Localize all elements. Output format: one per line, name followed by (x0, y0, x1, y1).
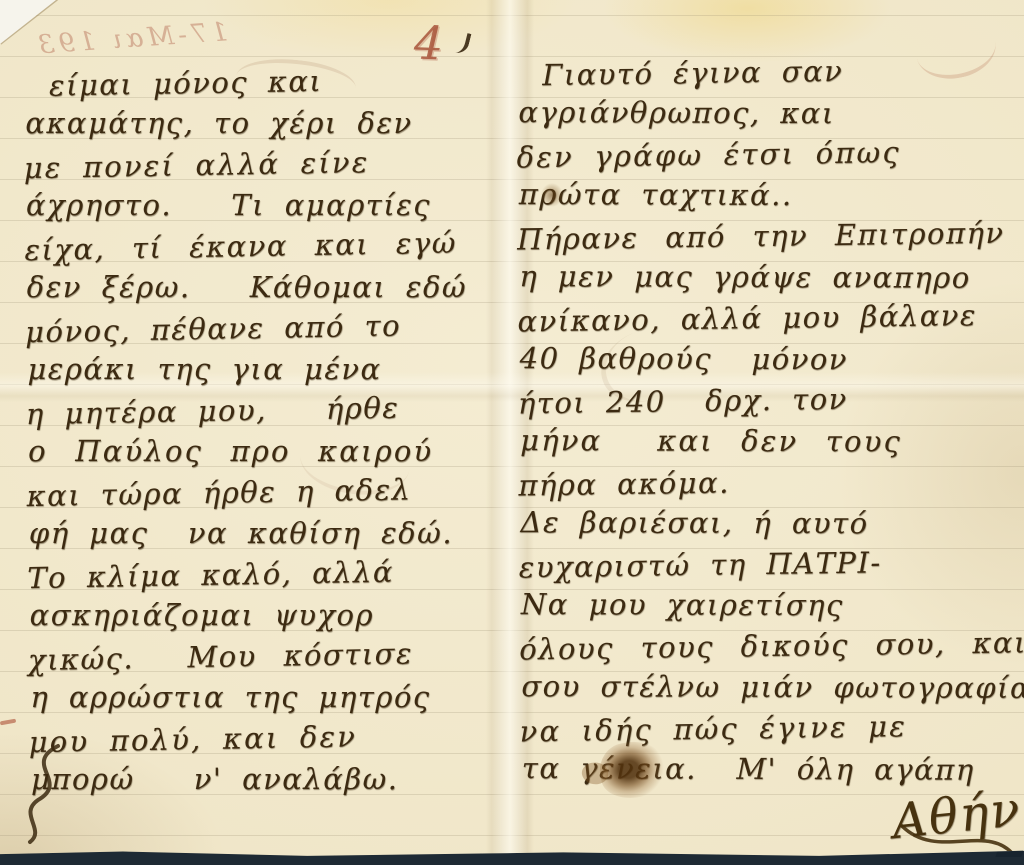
handwritten-line: ήτοι 240 δρχ. τον (518, 376, 1021, 424)
handwritten-line: πήρα ακόμα. (518, 458, 1021, 506)
handwritten-line: μεράκι της για μένα (27, 349, 497, 390)
handwritten-line: και τώρα ήρθε η αδελ (26, 468, 497, 517)
handwritten-line: άχρηστο. Τι αμαρτίες (26, 185, 496, 226)
handwritten-line: 40 βαθρούς μόνον (520, 338, 1022, 381)
handwritten-line: μπορώ ν' αναλάβω. (31, 759, 501, 800)
handwritten-line: όλους τους δικούς σου, και (519, 622, 1022, 670)
handwritten-line: μήνα και δεν τους (520, 420, 1022, 463)
handwritten-line: με πονεί αλλά είνε (23, 140, 494, 189)
handwritten-line: ασκηριάζομαι ψυχορ (30, 595, 500, 636)
handwritten-line: ευχαριστώ τη ΠΑΤΡΙ- (518, 540, 1021, 588)
handwritten-line: δεν γράφω έτσι όπως (516, 131, 1019, 179)
handwritten-line: η μητέρα μου, ήρθε (25, 386, 496, 435)
handwritten-line: χικώς. Μου κόστισε (28, 632, 499, 681)
page-left-handwriting: είμαι μόνος καιακαμάτης, το χέρι δενμε π… (23, 60, 499, 802)
handwritten-line: Δε βαριέσαι, ή αυτό (520, 502, 1022, 545)
handwritten-line: Να μου χαιρετίσης (521, 584, 1023, 627)
handwritten-line: μόνος, πέθανε από το (25, 304, 496, 353)
handwritten-line: η μεν μας γράψε αναπηρο (519, 256, 1021, 299)
handwritten-line: να ιδής πώς έγινε με (519, 704, 1022, 752)
ink-smudge-stain (541, 183, 563, 207)
handwritten-line: Γιαυτό έγινα σαν (516, 49, 1019, 97)
handwritten-line: φή μας να καθίση εδώ. (29, 513, 499, 554)
handwritten-line: ανίκανο, αλλά μου βάλανε (517, 294, 1020, 342)
handwritten-line: μου πολύ, και δεν (28, 714, 499, 763)
handwritten-line: Το κλίμα καλό, αλλά (27, 550, 498, 599)
handwritten-line: είμαι μόνος και (23, 58, 494, 107)
pen-flourish-icon (16, 742, 76, 846)
handwritten-line: αγριάνθρωπος, και (518, 92, 1020, 135)
handwritten-line: δεν ξέρω. Κάθομαι εδώ (27, 267, 497, 308)
handwritten-line: Πήρανε από την Επιτροπήν (517, 213, 1020, 261)
handwritten-line: πρώτα ταχτικά.. (519, 174, 1021, 217)
handwritten-line: είχα, τί έκανα και εγώ (24, 222, 495, 271)
handwritten-line: σου στέλνω μιάν φωτογραφία (521, 666, 1023, 709)
handwritten-line: ο Παύλος προ καιρού (28, 431, 498, 472)
page-right-handwriting: Γιαυτό έγινα σαναγριάνθρωπος, καιδεν γρά… (516, 51, 1022, 792)
handwritten-line: ακαμάτης, το χέρι δεν (25, 103, 495, 144)
handwritten-line: η αρρώστια της μητρός (30, 677, 500, 718)
letter-paper: 17-Μαι 193 4 είμαι μόνος καιακαμάτης, το… (0, 0, 1024, 861)
